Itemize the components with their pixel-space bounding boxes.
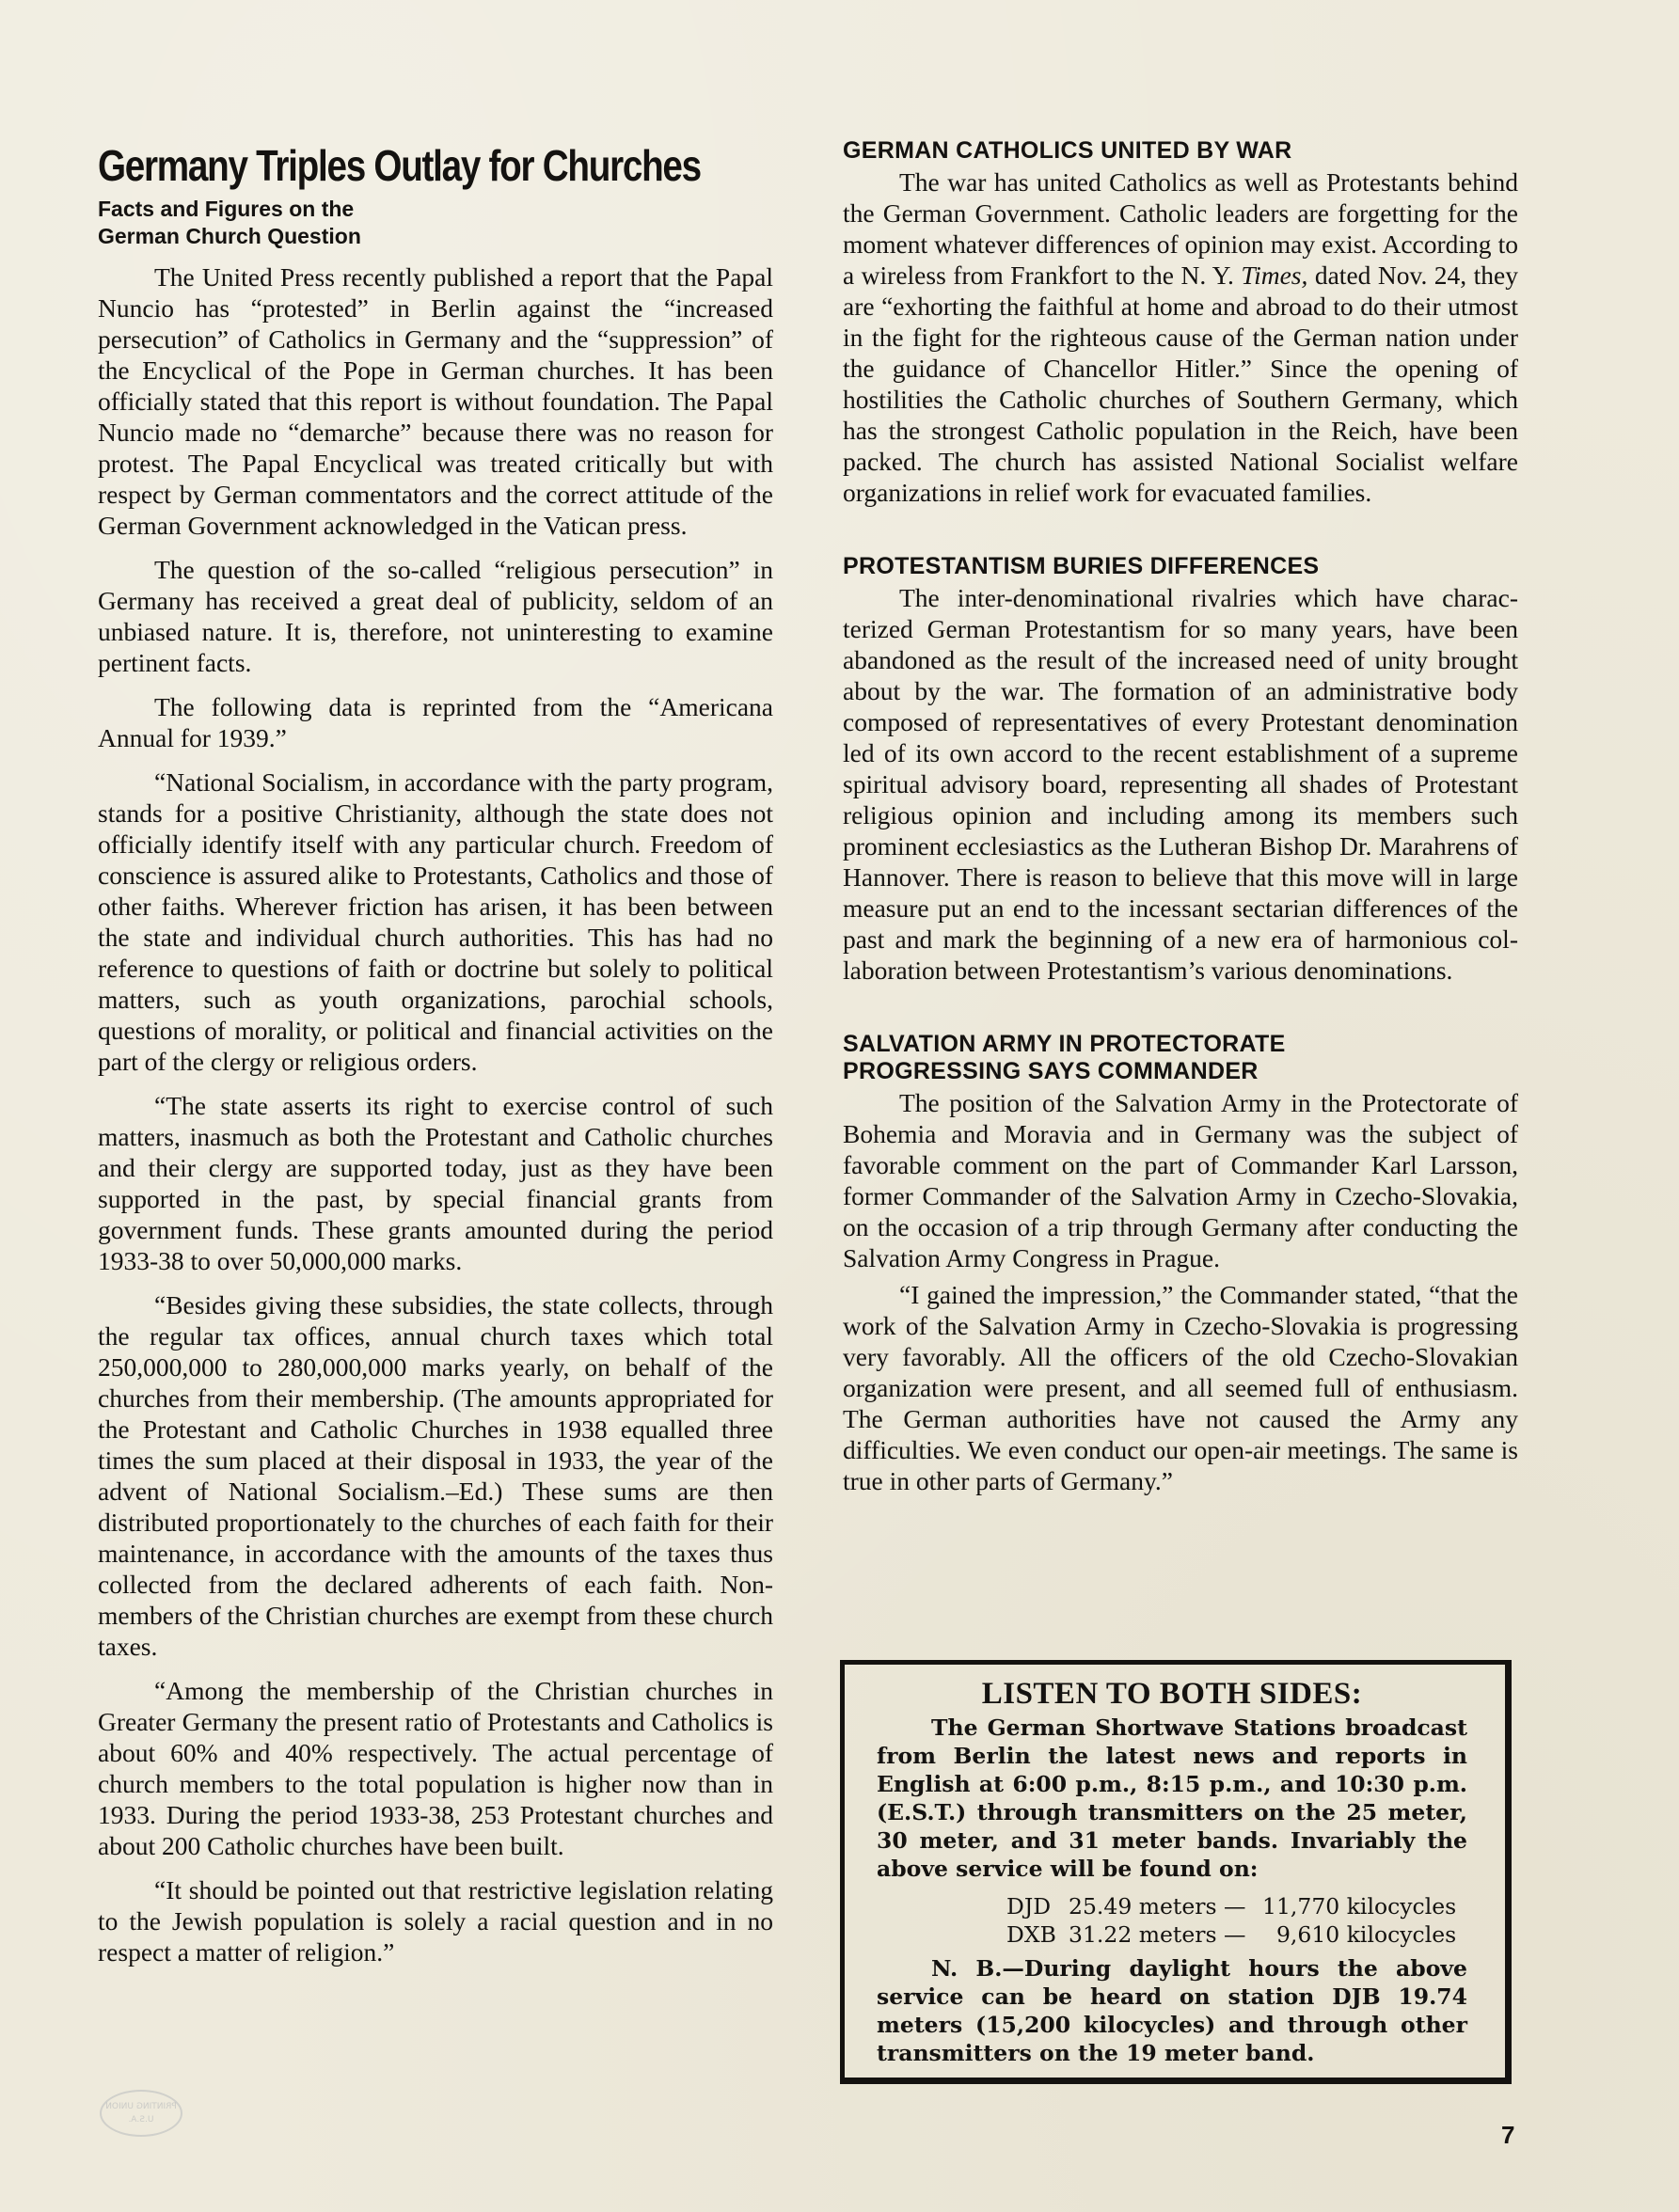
text-run: dated Nov. 24, they are “exhorting the f… xyxy=(843,261,1518,507)
station-wavelength: 25.49 meters — xyxy=(1069,1892,1262,1920)
article-subhead: Facts and Figures on the German Church Q… xyxy=(98,196,773,250)
article-paragraph: The following data is reprinted from the… xyxy=(98,691,773,753)
article-paragraph: “It should be pointed out that restricti… xyxy=(98,1874,773,1967)
notice-title: LISTEN TO BOTH SIDES: xyxy=(877,1676,1467,1712)
section-heading: GERMAN CATHOLICS UNITED BY WAR xyxy=(843,137,1518,165)
subhead-line-2: German Church Question xyxy=(98,223,773,250)
station-frequency: 11,770 kilocycles xyxy=(1262,1892,1456,1920)
heading-line-2: PROGRESSING SAYS COMMANDER xyxy=(843,1058,1518,1085)
notice-body: The German Shortwave Stations broadcast … xyxy=(877,1714,1467,1883)
section-heading: PROTESTANTISM BURIES DIFFERENCES xyxy=(843,553,1518,580)
station-frequency: 9,610 kilocycles xyxy=(1262,1920,1456,1949)
heading-line-1: SALVATION ARMY IN PROTECTORATE xyxy=(843,1031,1518,1058)
article-paragraph: The United Press recently published a re… xyxy=(98,261,773,541)
article-paragraph: “Among the membership of the Christian c… xyxy=(98,1675,773,1861)
subhead-line-1: Facts and Figures on the xyxy=(98,196,773,223)
section-paragraph: The inter-denominational rivalries which… xyxy=(843,582,1518,986)
article-paragraph: “Besides giving these subsidies, the sta… xyxy=(98,1289,773,1662)
article-paragraph: The question of the so-called “religious… xyxy=(98,554,773,678)
section-paragraph: The war has united Catholics as well as … xyxy=(843,166,1518,508)
section-salvation-army: SALVATION ARMY IN PROTECTORATE PROGRESSI… xyxy=(843,1031,1518,1496)
station-row: DXB 31.22 meters — 9,610 kilocycles xyxy=(877,1920,1467,1949)
article-paragraph: “National Socialism, in accordance with … xyxy=(98,766,773,1077)
station-call-sign: DJD xyxy=(1006,1892,1069,1920)
station-wavelength: 31.22 meters — xyxy=(1069,1920,1262,1949)
main-article: Germany Triples Outlay for Churches Fact… xyxy=(98,141,773,1981)
station-frequency-list: DJD 25.49 meters — 11,770 kilocycles DXB… xyxy=(877,1892,1467,1949)
station-call-sign: DXB xyxy=(1006,1920,1069,1949)
page-number: 7 xyxy=(1501,2121,1514,2150)
section-paragraph: “I gained the impression,” the Commander… xyxy=(843,1279,1518,1496)
section-protestantism: PROTESTANTISM BURIES DIFFERENCES The int… xyxy=(843,553,1518,986)
section-paragraph: The position of the Salvation Army in th… xyxy=(843,1087,1518,1273)
section-catholics-united: GERMAN CATHOLICS UNITED BY WAR The war h… xyxy=(843,137,1518,508)
station-row: DJD 25.49 meters — 11,770 kilocycles xyxy=(877,1892,1467,1920)
shortwave-notice-box: LISTEN TO BOTH SIDES: The German Shortwa… xyxy=(840,1660,1512,2084)
notice-nb: N. B.—During daylight hours the above se… xyxy=(877,1954,1467,2067)
section-heading: SALVATION ARMY IN PROTECTORATE PROGRESSI… xyxy=(843,1031,1518,1085)
article-paragraph: “The state asserts its right to exercise… xyxy=(98,1090,773,1276)
newspaper-title: Times, xyxy=(1241,261,1307,290)
printing-union-bug-icon: PRINTING UNION U.S.A. xyxy=(100,2090,182,2137)
news-briefs-column: GERMAN CATHOLICS UNITED BY WAR The war h… xyxy=(843,137,1518,1541)
article-headline: Germany Triples Outlay for Churches xyxy=(98,141,777,190)
